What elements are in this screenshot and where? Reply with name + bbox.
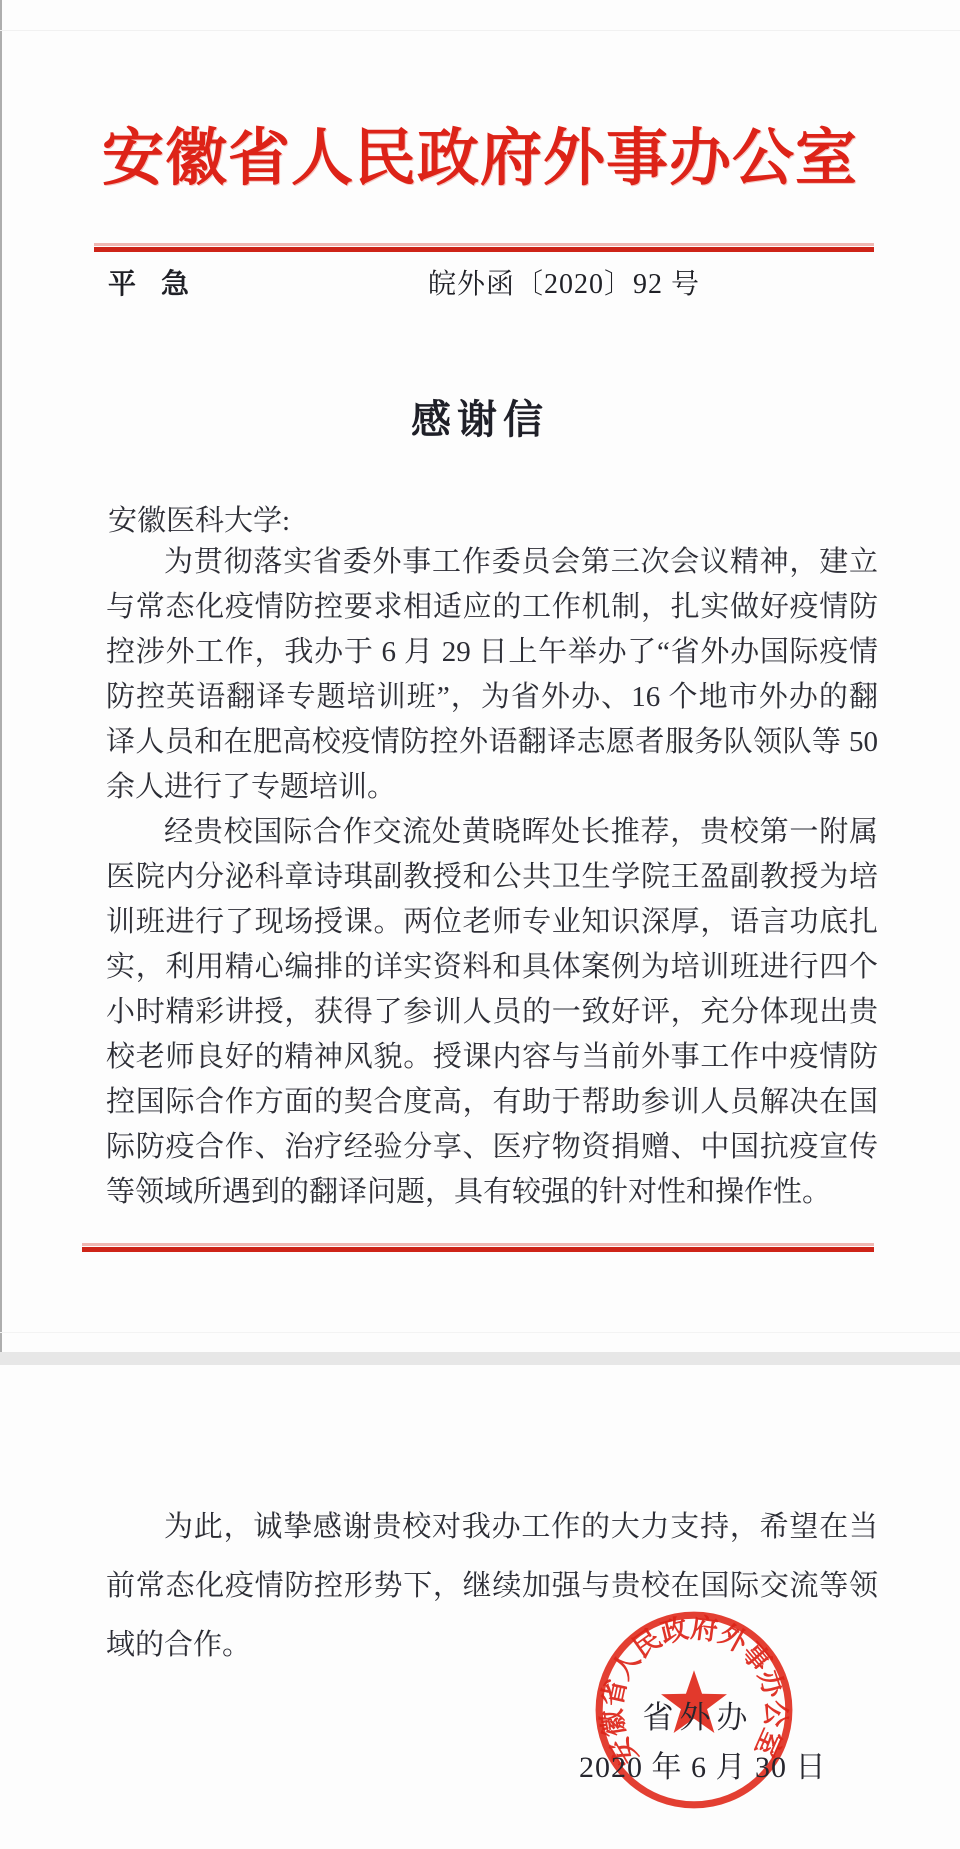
footer-rule-red-line — [82, 1247, 874, 1252]
sign-date: 2020 年 6 月 30 日 — [579, 1742, 799, 1786]
document-number: 皖外函〔2020〕92 号 — [428, 262, 700, 302]
body-paragraph-2: 经贵校国际合作交流处黄晓晖处长推荐，贵校第一附属医院内分泌科章诗琪副教授和公共卫… — [106, 810, 878, 1215]
letterhead-rule-pink-line — [94, 243, 874, 246]
document-meta-row: 平 急 皖外函〔2020〕92 号 — [108, 262, 700, 302]
salutation: 安徽医科大学: — [108, 498, 290, 539]
page-edge-faint-line — [0, 1332, 960, 1333]
urgency-label: 平 急 — [108, 262, 198, 302]
letterhead-title: 安徽省人民政府外事办公室 — [0, 116, 960, 202]
page-footer-rule — [82, 1243, 874, 1252]
signer-name: 省外办 — [612, 1692, 784, 1737]
body-paragraph-1: 为贯彻落实省委外事工作委员会第三次会议精神，建立与常态化疫情防控要求相适应的工作… — [106, 540, 878, 810]
footer-rule-pink-line — [82, 1243, 874, 1246]
letterhead-rule — [94, 243, 874, 252]
letterhead-rule-red-line — [94, 247, 874, 252]
scanned-letter-page: 安徽省人民政府外事办公室 平 急 皖外函〔2020〕92 号 感谢信 安徽医科大… — [0, 0, 960, 1849]
letter-body: 为贯彻落实省委外事工作委员会第三次会议精神，建立与常态化疫情防控要求相适应的工作… — [106, 540, 878, 1215]
scan-top-line-artifact — [0, 30, 960, 31]
letter-title: 感谢信 — [0, 388, 960, 445]
scan-left-edge-artifact — [0, 0, 2, 1352]
page-break-separator — [0, 1352, 960, 1365]
